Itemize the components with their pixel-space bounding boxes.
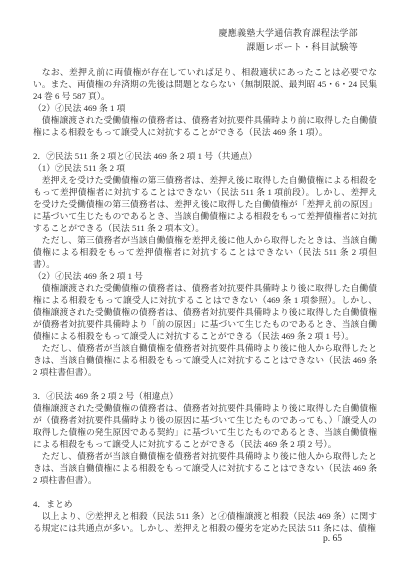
paragraph: なお、差押え前に両債権が存在していれば足り、相殺適状にあったことは必要でない。ま…: [33, 66, 377, 102]
paragraph: ただし、債務者が当該自働債権を債務者対抗要件具備時より後に他人から取得したときは…: [33, 450, 377, 486]
header-affiliation: 慶應義塾大学通信教育課程法学部: [218, 26, 358, 40]
paragraph: 以上より、㋐差押えと相殺（民法 511 条）と㋑債権譲渡と相殺（民法 469 条…: [33, 510, 377, 534]
paragraph: 債権譲渡された受働債権の債務者は、債務者対抗要件具備時より後に取得した自働債権が…: [33, 402, 377, 450]
paragraph: 債権譲渡された受働債権の債務者は、債務者対抗要件具備時より前に取得した自働債権に…: [33, 114, 377, 138]
section-heading: 4．まとめ: [33, 498, 377, 510]
document-body: なお、差押え前に両債権が存在していれば足り、相殺適状にあったことは必要でない。ま…: [33, 66, 377, 534]
section-heading: 3．㋑民法 469 条 2 項 2 号（相違点）: [33, 390, 377, 402]
section-heading: 2．㋐民法 511 条 2 項と㋑民法 469 条 2 項 1 号（共通点）: [33, 150, 377, 162]
paragraph: ただし、債務者が当該自働債権を債務者対抗要件具備時より後に他人から取得したときは…: [33, 342, 377, 378]
paragraph: 差押えを受けた受働債権の第三債務者は、差押え後に取得した自働債権による相殺をもっ…: [33, 174, 377, 234]
page-number: p. 65: [323, 532, 342, 546]
paragraph: （1）㋐民法 511 条 2 項: [33, 162, 377, 174]
paragraph: （2）㋑民法 469 条 1 項: [33, 102, 377, 114]
paragraph: 債権譲渡された受働債権の債務者は、債務者対抗要件具備時より後に取得した自働債権に…: [33, 282, 377, 342]
header-subtitle: 課題レポート・科目試験等: [218, 40, 358, 54]
paragraph: ただし、第三債務者が当該自働債権を差押え後に他人から取得したときは、当該自働債権…: [33, 234, 377, 270]
paragraph: （2）㋑民法 469 条 2 項 1 号: [33, 270, 377, 282]
document-header: 慶應義塾大学通信教育課程法学部 課題レポート・科目試験等: [218, 26, 358, 54]
document-page: 慶應義塾大学通信教育課程法学部 課題レポート・科目試験等 なお、差押え前に両債権…: [0, 0, 410, 580]
